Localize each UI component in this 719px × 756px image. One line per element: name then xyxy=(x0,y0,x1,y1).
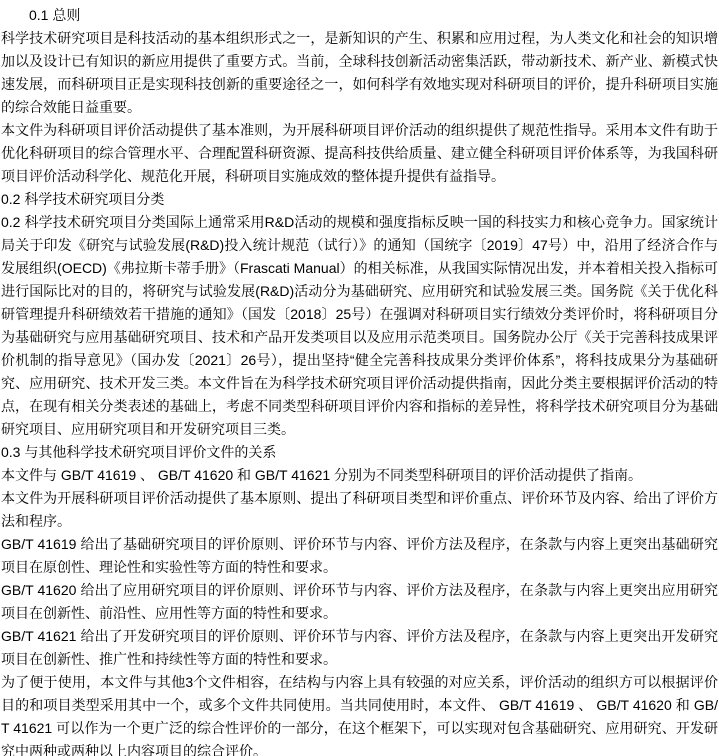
section-heading-0-1: 0.1 总则 xyxy=(1,4,718,27)
paragraph: GB/T 41621 给出了开发研究项目的评价原则、评价环节与内容、评价方法及程… xyxy=(1,625,718,671)
paragraph: 本文件为开展科研项目评价活动提供了基本原则、提出了科研项目类型和评价重点、评价环… xyxy=(1,487,718,533)
section-heading-0-2: 0.2 科学技术研究项目分类 xyxy=(1,188,718,211)
section-heading-0-3: 0.3 与其他科学技术研究项目评价文件的关系 xyxy=(1,441,718,464)
paragraph: 本文件为科研项目评价活动提供了基本准则，为开展科研项目评价活动的组织提供了规范性… xyxy=(1,119,718,188)
paragraph: GB/T 41619 给出了基础研究项目的评价原则、评价环节与内容、评价方法及程… xyxy=(1,533,718,579)
paragraph: GB/T 41620 给出了应用研究项目的评价原则、评价环节与内容、评价方法及程… xyxy=(1,579,718,625)
paragraph: 本文件与 GB/T 41619 、 GB/T 41620 和 GB/T 4162… xyxy=(1,464,718,487)
paragraph: 0.2 科学技术研究项目分类国际上通常采用R&D活动的规模和强度指标反映一国的科… xyxy=(1,211,718,441)
document-page: 0.1 总则 科学技术研究项目是科技活动的基本组织形式之一，是新知识的产生、积累… xyxy=(0,0,719,756)
paragraph: 科学技术研究项目是科技活动的基本组织形式之一，是新知识的产生、积累和应用过程，为… xyxy=(1,27,718,119)
paragraph: 为了便于使用，本文件与其他3个文件相容，在结构与内容上具有较强的对应关系，评价活… xyxy=(1,671,718,756)
